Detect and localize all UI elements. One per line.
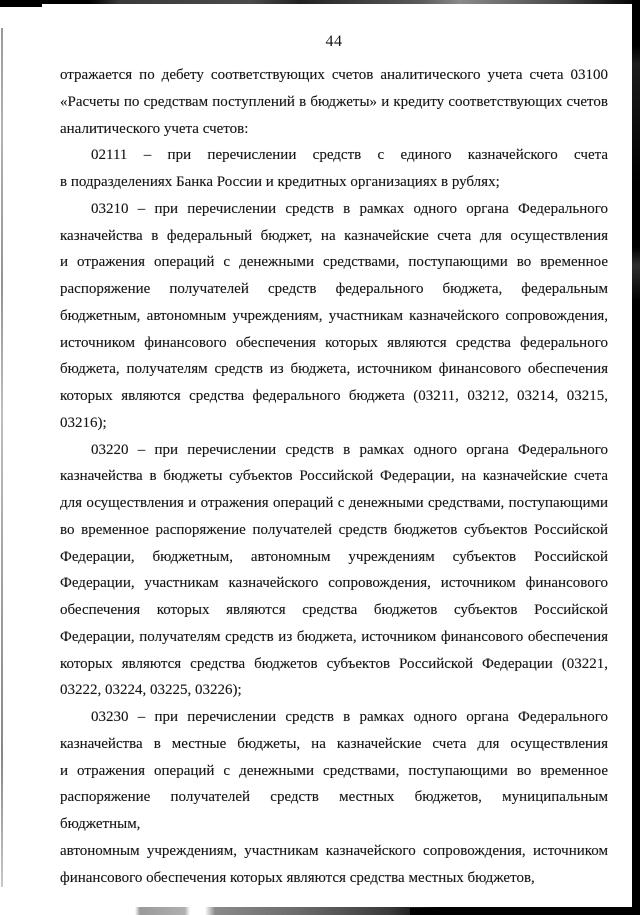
text-line: распоряжение получателей средств местных… bbox=[60, 784, 608, 838]
text-line: и отражения операций с денежными средств… bbox=[60, 758, 608, 785]
text-line: 02111 – при перечислении средств с едино… bbox=[60, 142, 608, 169]
text-line: казначейства в федеральный бюджет, на ка… bbox=[60, 223, 608, 250]
scan-edge-top bbox=[0, 0, 640, 4]
text-line: Федерации, получателям средств из бюджет… bbox=[60, 624, 608, 651]
text-line: которых являются средства бюджетов субъе… bbox=[60, 651, 608, 678]
text-line: бюджетным, автономным учреждениям, участ… bbox=[60, 303, 608, 330]
text-line: 03230 – при перечислении средств в рамка… bbox=[60, 704, 608, 731]
text-line: бюджета, получателям средств из бюджета,… bbox=[60, 356, 608, 383]
document-body: отражается по дебету соответствующих сче… bbox=[60, 62, 608, 891]
text-line: 03210 – при перечислении средств в рамка… bbox=[60, 196, 608, 223]
text-line: казначейства в местные бюджеты, на казна… bbox=[60, 731, 608, 758]
document-page: 44 отражается по дебету соответствующих … bbox=[0, 0, 640, 915]
text-line: казначейства в бюджеты субъектов Российс… bbox=[60, 463, 608, 490]
text-line: в подразделениях Банка России и кредитны… bbox=[60, 169, 608, 196]
text-line: во временное распоряжение получателей ср… bbox=[60, 517, 608, 544]
page-number: 44 bbox=[60, 33, 608, 51]
text-line: 03216); bbox=[60, 410, 608, 437]
text-line: «Расчеты по средствам поступлений в бюдж… bbox=[60, 89, 608, 116]
text-line: автономным учреждениям, участникам казна… bbox=[60, 838, 608, 865]
text-line: аналитического учета счетов: bbox=[60, 116, 608, 143]
text-line: Федерации, участникам казначейского сопр… bbox=[60, 570, 608, 597]
text-line: для осуществления и отражения операций с… bbox=[60, 490, 608, 517]
text-line: 03222, 03224, 03225, 03226); bbox=[60, 677, 608, 704]
scan-edge-bottom-right bbox=[410, 908, 640, 915]
text-line: распоряжение получателей средств федерал… bbox=[60, 276, 608, 303]
scan-edge-right bbox=[632, 0, 640, 915]
text-line: 03220 – при перечислении средств в рамка… bbox=[60, 437, 608, 464]
text-line: которых являются средства федерального б… bbox=[60, 383, 608, 410]
text-line: Федерации, бюджетным, автономным учрежде… bbox=[60, 544, 608, 571]
text-line: обеспечения которых являются средства бю… bbox=[60, 597, 608, 624]
text-line: отражается по дебету соответствующих сче… bbox=[60, 62, 608, 89]
scan-edge-left bbox=[1, 28, 3, 887]
text-line: финансового обеспечения которых являются… bbox=[60, 865, 608, 892]
scan-edge-top-left bbox=[0, 0, 42, 7]
text-line: и отражения операций с денежными средств… bbox=[60, 249, 608, 276]
text-line: источником финансового обеспечения котор… bbox=[60, 330, 608, 357]
